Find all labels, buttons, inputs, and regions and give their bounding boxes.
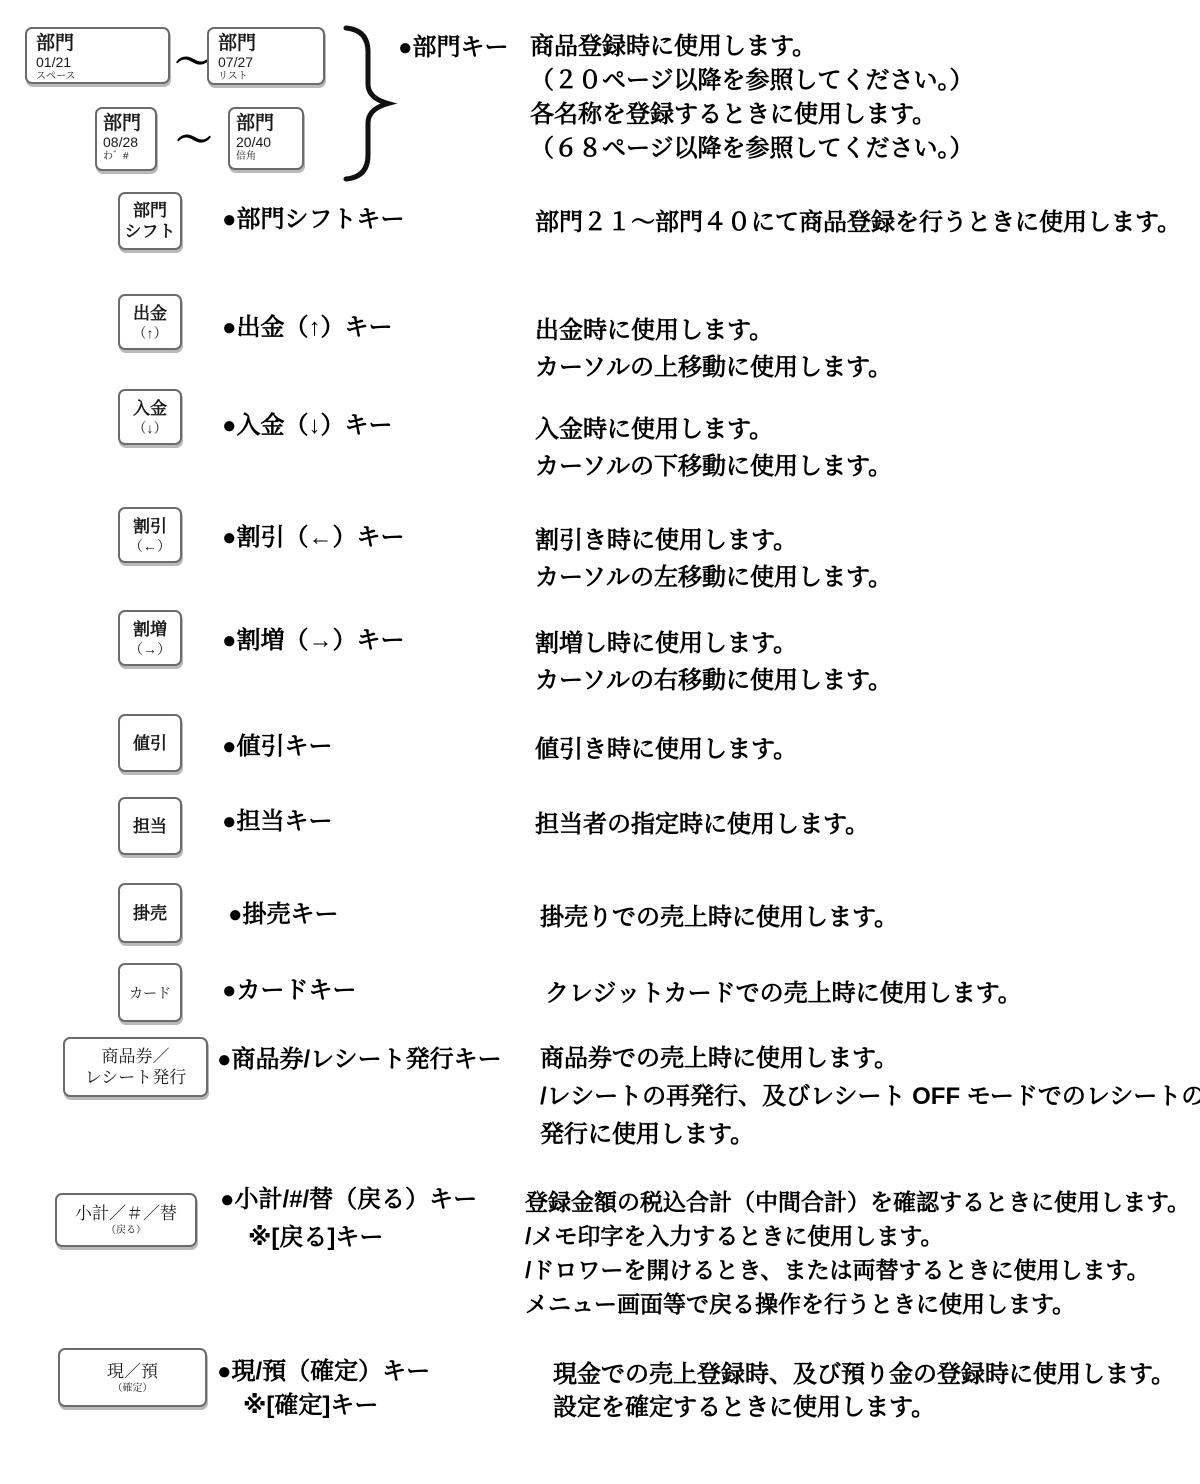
- dept-key-08-28: 部門 08/28 わ゛#: [95, 107, 157, 171]
- desc-line: 出金時に使用します。: [535, 312, 892, 349]
- gift-certificate-receipt-key: 商品券／ レシート発行: [63, 1037, 208, 1097]
- dept-key-label: ●部門キー: [398, 34, 509, 62]
- dept-key-01-21: 部門 01/21 スペース: [25, 27, 170, 84]
- key-arrow: （↓）: [133, 419, 168, 437]
- cash-tender-key-label: ●現/預（確定）キー: [217, 1358, 430, 1386]
- gift-certificate-receipt-key-desc: 商品券での売上時に使用します。 /レシートの再発行、及びレシート OFF モード…: [540, 1040, 1200, 1154]
- key-label: カード: [129, 984, 171, 1002]
- premium-key-label: ●割増（→）キー: [222, 627, 405, 655]
- key-label: 部門: [36, 33, 168, 54]
- key-label: 部門: [103, 113, 155, 134]
- desc-line: 登録金額の税込合計（中間合計）を確認するときに使用します。: [525, 1185, 1190, 1219]
- desc-line: カーソルの上移動に使用します。: [535, 349, 892, 386]
- key-label: 掛売: [133, 903, 167, 924]
- desc-line: カーソルの左移動に使用します。: [535, 559, 892, 596]
- desc-line: 発行に使用します。: [540, 1116, 1200, 1154]
- dept-shift-key: 部門 シフト: [118, 192, 182, 250]
- subtotal-key-label2: ※[戻る]キー: [248, 1224, 383, 1252]
- key-sublabel: （確定）: [113, 1382, 153, 1395]
- desc-line: /ドロワーを開けるとき、または両替するときに使用します。: [525, 1253, 1190, 1287]
- key-label: 小計／＃／替: [75, 1203, 177, 1224]
- card-key: カード: [118, 963, 182, 1022]
- key-sublabel: （戻る）: [106, 1224, 146, 1237]
- key-label: 出金: [133, 303, 167, 324]
- key-label: 現／預: [107, 1361, 158, 1382]
- premium-key-desc: 割増し時に使用します。 カーソルの右移動に使用します。: [535, 625, 892, 699]
- discount-key: 割引 （←）: [118, 507, 182, 563]
- discount-key-desc: 割引き時に使用します。 カーソルの左移動に使用します。: [535, 522, 892, 596]
- key-label: 担当: [133, 816, 167, 837]
- desc-line: 商品登録時に使用します。: [530, 30, 974, 64]
- charge-key-label: ●掛売キー: [228, 901, 339, 929]
- key-sublabel: わ゛#: [103, 151, 155, 163]
- key-label: 割引: [133, 516, 167, 537]
- card-key-label: ●カードキー: [222, 977, 357, 1005]
- key-label: 部門: [218, 33, 323, 54]
- desc-line: 入金時に使用します。: [535, 411, 892, 448]
- card-key-desc: クレジットカードでの売上時に使用します。: [545, 975, 1022, 1012]
- key-number: 07/27: [218, 54, 323, 71]
- charge-key-desc: 掛売りでの売上時に使用します。: [540, 899, 898, 936]
- dept-key-desc: 商品登録時に使用します。 （２０ページ以降を参照してください。） 各名称を登録す…: [530, 30, 974, 166]
- tilde: ～: [175, 44, 211, 80]
- deposit-key: 入金 （↓）: [118, 389, 182, 445]
- desc-line: /メモ印字を入力するときに使用します。: [525, 1219, 1190, 1253]
- brace-icon: [336, 22, 398, 185]
- dept-shift-key-desc: 部門２１～部門４０にて商品登録を行うときに使用します。: [535, 204, 1181, 241]
- clerk-key-label: ●担当キー: [222, 808, 333, 836]
- desc-line: 担当者の指定時に使用します。: [535, 806, 869, 843]
- deposit-key-label: ●入金（↓）キー: [222, 412, 393, 440]
- desc-line: （６８ページ以降を参照してください。）: [530, 132, 974, 166]
- key-sublabel: リスト: [218, 71, 323, 83]
- desc-line: 値引き時に使用します。: [535, 731, 797, 768]
- key-label: 部門: [236, 113, 302, 134]
- key-label: 割増: [133, 619, 167, 640]
- desc-line: メニュー画面等で戻る操作を行うときに使用します。: [525, 1287, 1190, 1321]
- key-number: 08/28: [103, 134, 155, 151]
- desc-line: 部門２１～部門４０にて商品登録を行うときに使用します。: [535, 204, 1181, 241]
- subtotal-key-desc: 登録金額の税込合計（中間合計）を確認するときに使用します。 /メモ印字を入力する…: [525, 1185, 1190, 1321]
- key-number: 01/21: [36, 54, 168, 71]
- payout-key-desc: 出金時に使用します。 カーソルの上移動に使用します。: [535, 312, 892, 386]
- desc-line: /レシートの再発行、及びレシート OFF モードでのレシートの: [540, 1078, 1200, 1116]
- gift-certificate-receipt-key-label: ●商品券/レシート発行キー: [217, 1046, 502, 1074]
- reduction-key: 値引: [118, 714, 182, 772]
- key-number: 20/40: [236, 134, 302, 151]
- dept-key-20-40: 部門 20/40 倍角: [228, 107, 304, 170]
- clerk-key: 担当: [118, 797, 182, 855]
- subtotal-key: 小計／＃／替 （戻る）: [55, 1193, 197, 1247]
- key-arrow: （→）: [129, 640, 171, 658]
- reduction-key-label: ●値引キー: [222, 733, 333, 761]
- desc-line: 商品券での売上時に使用します。: [540, 1040, 1200, 1078]
- key-arrow: （↑）: [133, 324, 168, 342]
- desc-line: カーソルの下移動に使用します。: [535, 448, 892, 485]
- payout-key-label: ●出金（↑）キー: [222, 314, 393, 342]
- cash-tender-key-label2: ※[確定]キー: [243, 1392, 378, 1420]
- desc-line: 割引き時に使用します。: [535, 522, 892, 559]
- key-label: 部門: [133, 200, 167, 221]
- payout-key: 出金 （↑）: [118, 294, 182, 350]
- cash-tender-key-desc: 現金での売上登録時、及び預り金の登録時に使用します。 設定を確定するときに使用し…: [553, 1358, 1175, 1424]
- discount-key-label: ●割引（←）キー: [222, 524, 405, 552]
- key-sublabel: 倍角: [236, 151, 302, 163]
- cash-tender-key: 現／預 （確定）: [58, 1348, 207, 1407]
- key-label: シフト: [125, 221, 176, 242]
- key-label: レシート発行: [85, 1067, 187, 1088]
- reduction-key-desc: 値引き時に使用します。: [535, 731, 797, 768]
- desc-line: クレジットカードでの売上時に使用します。: [545, 975, 1022, 1012]
- key-arrow: （←）: [129, 537, 171, 555]
- charge-key: 掛売: [118, 883, 182, 943]
- deposit-key-desc: 入金時に使用します。 カーソルの下移動に使用します。: [535, 411, 892, 485]
- dept-shift-key-label: ●部門シフトキー: [222, 206, 405, 234]
- desc-line: （２０ページ以降を参照してください。）: [530, 64, 974, 98]
- desc-line: 設定を確定するときに使用します。: [553, 1391, 1175, 1424]
- desc-line: 各名称を登録するときに使用します。: [530, 98, 974, 132]
- clerk-key-desc: 担当者の指定時に使用します。: [535, 806, 869, 843]
- desc-line: 掛売りでの売上時に使用します。: [540, 899, 898, 936]
- key-label: 入金: [133, 398, 167, 419]
- desc-line: カーソルの右移動に使用します。: [535, 662, 892, 699]
- subtotal-key-label: ●小計/#/替（戻る）キー: [220, 1186, 477, 1214]
- key-label: 商品券／: [102, 1046, 170, 1067]
- premium-key: 割増 （→）: [118, 610, 182, 666]
- dept-key-07-27: 部門 07/27 リスト: [207, 27, 325, 85]
- key-label: 値引: [133, 733, 167, 754]
- desc-line: 現金での売上登録時、及び預り金の登録時に使用します。: [553, 1358, 1175, 1391]
- tilde: ～: [176, 122, 212, 158]
- key-sublabel: スペース: [36, 71, 168, 83]
- desc-line: 割増し時に使用します。: [535, 625, 892, 662]
